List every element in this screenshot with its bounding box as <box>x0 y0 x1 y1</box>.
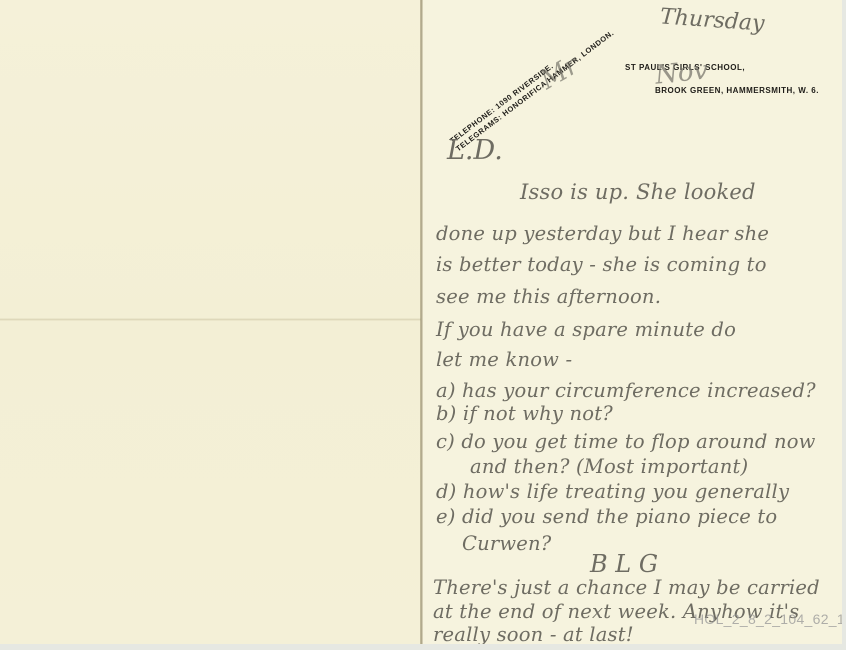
scanned-letter: TELEPHONE: 1090 RIVERSIDE. TELEGRAMS: HO… <box>0 0 842 644</box>
letter-list-item-c: c) do you get time to flop around now <box>436 430 816 453</box>
letter-list-item-a: a) has your circumference increased? <box>436 379 816 402</box>
scan-right-border <box>842 0 846 650</box>
letter-list-item-e: e) did you send the piano piece to <box>436 505 777 528</box>
scan-bottom-border <box>0 644 846 650</box>
letter-list-item-c-cont: and then? (Most important) <box>470 455 748 478</box>
left-page-blank <box>0 0 421 644</box>
horizontal-fold-line <box>0 318 421 321</box>
letter-list-item-d: d) how's life treating you generally <box>436 480 789 503</box>
letter-line: done up yesterday but I hear she <box>436 222 769 245</box>
archive-filename-watermark: HOL_2_8_2_104_62_1r.jp <box>694 611 846 627</box>
letter-salutation: L.D. <box>447 135 503 166</box>
letter-signoff: B L G <box>590 550 658 578</box>
letter-line: let me know - <box>436 348 572 371</box>
postscript-line: There's just a chance I may be carried <box>433 576 820 599</box>
letter-list-item-e-cont: Curwen? <box>462 532 551 555</box>
handwritten-date-scribble: Nov <box>654 55 710 90</box>
postscript-line: really soon - at last! <box>433 623 634 646</box>
letter-line: see me this afternoon. <box>436 285 661 308</box>
letter-line: If you have a spare minute do <box>436 318 736 341</box>
letter-line: is better today - she is coming to <box>436 253 767 276</box>
letter-line: Isso is up. She looked <box>520 180 756 204</box>
letter-list-item-b: b) if not why not? <box>436 402 613 425</box>
